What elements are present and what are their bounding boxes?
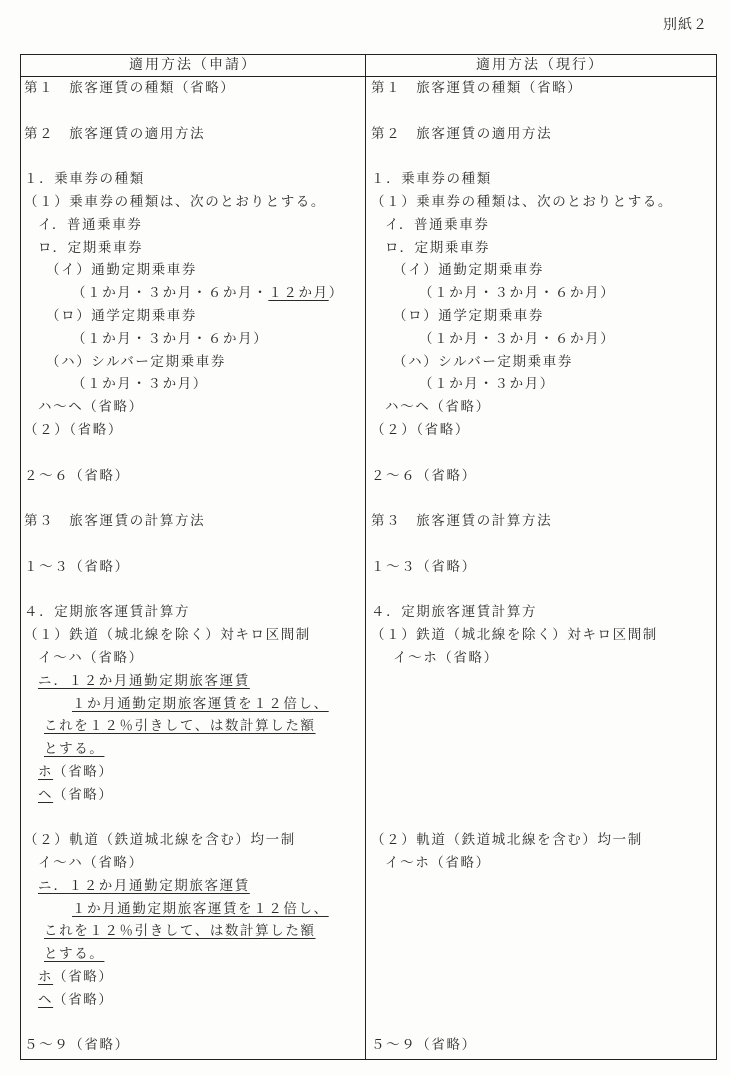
- text-line: ２〜６（省略）: [371, 465, 711, 488]
- line-text: （ハ）シルバー定期乗車券: [46, 354, 226, 370]
- line-text-after: ）: [329, 285, 344, 301]
- line-text: ２〜６（省略）: [371, 468, 477, 484]
- text-line: ニ．１２か月通勤定期旅客運賃: [24, 875, 362, 898]
- text-line: （２）（省略）: [371, 419, 711, 442]
- text-line: １〜３（省略）: [24, 556, 362, 579]
- line-text: ニ．１２か月通勤定期旅客運賃: [38, 878, 250, 894]
- line-text: （２）（省略）: [24, 422, 123, 438]
- text-line: [24, 100, 362, 123]
- line-text: （１か月・３か月・６か月・: [72, 285, 268, 301]
- text-line: 第１ 旅客運賃の種類（省略）: [24, 77, 362, 100]
- text-line: イ〜ハ（省略）: [24, 647, 362, 670]
- text-line: （ロ）通学定期乗車券: [371, 305, 711, 328]
- text-line: [24, 533, 362, 556]
- text-line: 第２ 旅客運賃の適用方法: [371, 123, 711, 146]
- line-text: イ〜ハ（省略）: [38, 650, 144, 666]
- text-line: １．乗車券の種類: [24, 168, 362, 191]
- column-divider: [365, 55, 366, 1059]
- text-line: イ．普通乗車券: [24, 214, 362, 237]
- text-line: [371, 738, 711, 761]
- attachment-label: 別紙２: [663, 14, 708, 34]
- text-line: ４．定期旅客運賃計算方: [24, 601, 362, 624]
- text-line: １〜３（省略）: [371, 556, 711, 579]
- text-line: （イ）通勤定期乗車券: [24, 259, 362, 282]
- text-line: （イ）通勤定期乗車券: [371, 259, 711, 282]
- text-line: イ．普通乗車券: [371, 214, 711, 237]
- line-text-tail: （省略）: [53, 764, 113, 780]
- text-line: ニ．１２か月通勤定期旅客運賃: [24, 670, 362, 693]
- line-text: 第１ 旅客運賃の種類（省略）: [371, 80, 582, 96]
- line-text: （イ）通勤定期乗車券: [393, 262, 544, 278]
- text-line: 第２ 旅客運賃の適用方法: [24, 123, 362, 146]
- text-line: １．乗車券の種類: [371, 168, 711, 191]
- line-text: （２）軌道（鉄道城北線を含む）均一制: [371, 832, 643, 848]
- text-line: （２）軌道（鉄道城北線を含む）均一制: [371, 829, 711, 852]
- text-line: イ〜ホ（省略）: [371, 852, 711, 875]
- text-line: [371, 145, 711, 168]
- text-line: 第３ 旅客運賃の計算方法: [371, 510, 711, 533]
- text-line: ロ．定期乗車券: [24, 237, 362, 260]
- text-line: 第１ 旅客運賃の種類（省略）: [371, 77, 711, 100]
- text-line: （１か月・３か月・６か月）: [24, 328, 362, 351]
- text-line: [371, 442, 711, 465]
- text-line: ヘ（省略）: [24, 784, 362, 807]
- text-line: （ハ）シルバー定期乗車券: [371, 351, 711, 374]
- text-line: （１）鉄道（城北線を除く）対キロ区間制: [24, 624, 362, 647]
- text-line: [371, 898, 711, 921]
- header-current: 適用方法（現行）: [365, 55, 715, 76]
- line-text: ニ．１２か月通勤定期旅客運賃: [38, 673, 250, 689]
- text-line: [371, 1012, 711, 1035]
- comparison-table: 適用方法（申請） 適用方法（現行） 第１ 旅客運賃の種類（省略）第２ 旅客運賃の…: [20, 54, 717, 1060]
- text-line: （１か月・３か月）: [24, 373, 362, 396]
- line-text: （１か月・３か月・６か月）: [419, 331, 615, 347]
- text-line: [371, 875, 711, 898]
- text-line: （２）軌道（鉄道城北線を含む）均一制: [24, 829, 362, 852]
- line-text: （１）鉄道（城北線を除く）対キロ区間制: [371, 627, 658, 643]
- text-line: （１）鉄道（城北線を除く）対キロ区間制: [371, 624, 711, 647]
- text-line: [371, 533, 711, 556]
- text-line: （１）乗車券の種類は、次のとおりとする。: [24, 191, 362, 214]
- line-text: ハ〜ヘ（省略）: [38, 399, 144, 415]
- text-line: ４．定期旅客運賃計算方: [371, 601, 711, 624]
- line-text: （１か月・３か月・６か月）: [72, 331, 268, 347]
- line-text: 第１ 旅客運賃の種類（省略）: [24, 80, 235, 96]
- line-text: ５〜９（省略）: [371, 1037, 477, 1053]
- text-line: [24, 145, 362, 168]
- line-text: ４．定期旅客運賃計算方: [24, 604, 190, 620]
- text-line: [371, 966, 711, 989]
- text-line: （ハ）シルバー定期乗車券: [24, 351, 362, 374]
- line-text: ２〜６（省略）: [24, 468, 130, 484]
- table-header-row: 適用方法（申請） 適用方法（現行）: [21, 55, 716, 77]
- line-text: ４．定期旅客運賃計算方: [371, 604, 537, 620]
- text-line: [24, 442, 362, 465]
- text-line: [371, 693, 711, 716]
- text-line: イ〜ハ（省略）: [24, 852, 362, 875]
- line-text: （ロ）通学定期乗車券: [46, 308, 197, 324]
- text-line: 第３ 旅客運賃の計算方法: [24, 510, 362, 533]
- text-line: [24, 1012, 362, 1035]
- text-line: ロ．定期乗車券: [371, 237, 711, 260]
- line-text: イ〜ホ（省略）: [393, 650, 499, 666]
- text-line: [371, 579, 711, 602]
- text-line: [371, 487, 711, 510]
- line-text: １か月通勤定期旅客運賃を１２倍し、: [72, 696, 329, 712]
- line-text: これを１２％引きして、は数計算した額: [44, 718, 316, 734]
- line-text: ハ〜ヘ（省略）: [385, 399, 491, 415]
- text-line: イ〜ホ（省略）: [371, 647, 711, 670]
- header-proposed: 適用方法（申請）: [21, 55, 365, 76]
- line-text: ヘ: [38, 787, 53, 803]
- line-text-tail: （省略）: [53, 969, 113, 985]
- line-text: ５〜９（省略）: [24, 1037, 130, 1053]
- text-line: [371, 989, 711, 1012]
- line-text: ロ．定期乗車券: [385, 240, 490, 256]
- line-text: 第３ 旅客運賃の計算方法: [24, 513, 205, 529]
- text-line: （１か月・３か月・６か月）: [371, 328, 711, 351]
- text-line: [371, 670, 711, 693]
- text-line: １か月通勤定期旅客運賃を１２倍し、: [24, 898, 362, 921]
- text-line: １か月通勤定期旅客運賃を１２倍し、: [24, 693, 362, 716]
- line-text: ホ: [38, 969, 53, 985]
- text-line: [371, 761, 711, 784]
- text-line: ヘ（省略）: [24, 989, 362, 1012]
- text-line: ホ（省略）: [24, 761, 362, 784]
- text-line: （１）乗車券の種類は、次のとおりとする。: [371, 191, 711, 214]
- line-text: イ．普通乗車券: [385, 217, 490, 233]
- line-text: 第２ 旅客運賃の適用方法: [371, 126, 552, 142]
- text-line: ２〜６（省略）: [24, 465, 362, 488]
- text-line: （２）（省略）: [24, 419, 362, 442]
- line-text: １．乗車券の種類: [24, 171, 145, 187]
- text-line: ハ〜ヘ（省略）: [24, 396, 362, 419]
- line-text-tail: １２か月: [268, 285, 328, 301]
- line-text: （１）乗車券の種類は、次のとおりとする。: [371, 194, 673, 210]
- line-text: とする。: [44, 946, 104, 962]
- line-text: （１）鉄道（城北線を除く）対キロ区間制: [24, 627, 311, 643]
- line-text: イ〜ハ（省略）: [38, 855, 144, 871]
- text-line: とする。: [24, 738, 362, 761]
- line-text: 第２ 旅客運賃の適用方法: [24, 126, 205, 142]
- text-line: [24, 807, 362, 830]
- text-line: ５〜９（省略）: [24, 1034, 362, 1057]
- line-text: （２）軌道（鉄道城北線を含む）均一制: [24, 832, 296, 848]
- line-text: これを１２％引きして、は数計算した額: [44, 923, 316, 939]
- line-text: イ〜ホ（省略）: [385, 855, 491, 871]
- text-line: [371, 807, 711, 830]
- text-line: ５〜９（省略）: [371, 1034, 711, 1057]
- line-text: （１か月・３か月・６か月）: [419, 285, 615, 301]
- line-text: （ハ）シルバー定期乗車券: [393, 354, 573, 370]
- text-line: [371, 784, 711, 807]
- line-text: イ．普通乗車券: [38, 217, 143, 233]
- text-line: [371, 100, 711, 123]
- line-text: １か月通勤定期旅客運賃を１２倍し、: [72, 901, 329, 917]
- line-text: （２）（省略）: [371, 422, 470, 438]
- line-text: （イ）通勤定期乗車券: [46, 262, 197, 278]
- text-line: （１か月・３か月・６か月）: [371, 282, 711, 305]
- line-text: とする。: [44, 741, 104, 757]
- text-line: [371, 715, 711, 738]
- line-text: １〜３（省略）: [371, 559, 477, 575]
- text-line: これを１２％引きして、は数計算した額: [24, 920, 362, 943]
- text-line: （１か月・３か月・６か月・１２か月）: [24, 282, 362, 305]
- text-line: （１か月・３か月）: [371, 373, 711, 396]
- line-text-tail: （省略）: [53, 992, 113, 1008]
- text-line: [371, 943, 711, 966]
- line-text: ロ．定期乗車券: [38, 240, 143, 256]
- line-text: （１か月・３か月）: [72, 376, 208, 392]
- line-text: （１か月・３か月）: [419, 376, 555, 392]
- line-text: １〜３（省略）: [24, 559, 130, 575]
- line-text-tail: （省略）: [53, 787, 113, 803]
- text-line: とする。: [24, 943, 362, 966]
- line-text: 第３ 旅客運賃の計算方法: [371, 513, 552, 529]
- column-proposed: 第１ 旅客運賃の種類（省略）第２ 旅客運賃の適用方法１．乗車券の種類（１）乗車券…: [24, 77, 362, 1057]
- line-text: （ロ）通学定期乗車券: [393, 308, 544, 324]
- text-line: [371, 920, 711, 943]
- line-text: ホ: [38, 764, 53, 780]
- line-text: １．乗車券の種類: [371, 171, 492, 187]
- line-text: ヘ: [38, 992, 53, 1008]
- text-line: ホ（省略）: [24, 966, 362, 989]
- column-current: 第１ 旅客運賃の種類（省略）第２ 旅客運賃の適用方法１．乗車券の種類（１）乗車券…: [371, 77, 711, 1057]
- text-line: （ロ）通学定期乗車券: [24, 305, 362, 328]
- text-line: [24, 487, 362, 510]
- text-line: [24, 579, 362, 602]
- text-line: これを１２％引きして、は数計算した額: [24, 715, 362, 738]
- line-text: （１）乗車券の種類は、次のとおりとする。: [24, 194, 326, 210]
- text-line: ハ〜ヘ（省略）: [371, 396, 711, 419]
